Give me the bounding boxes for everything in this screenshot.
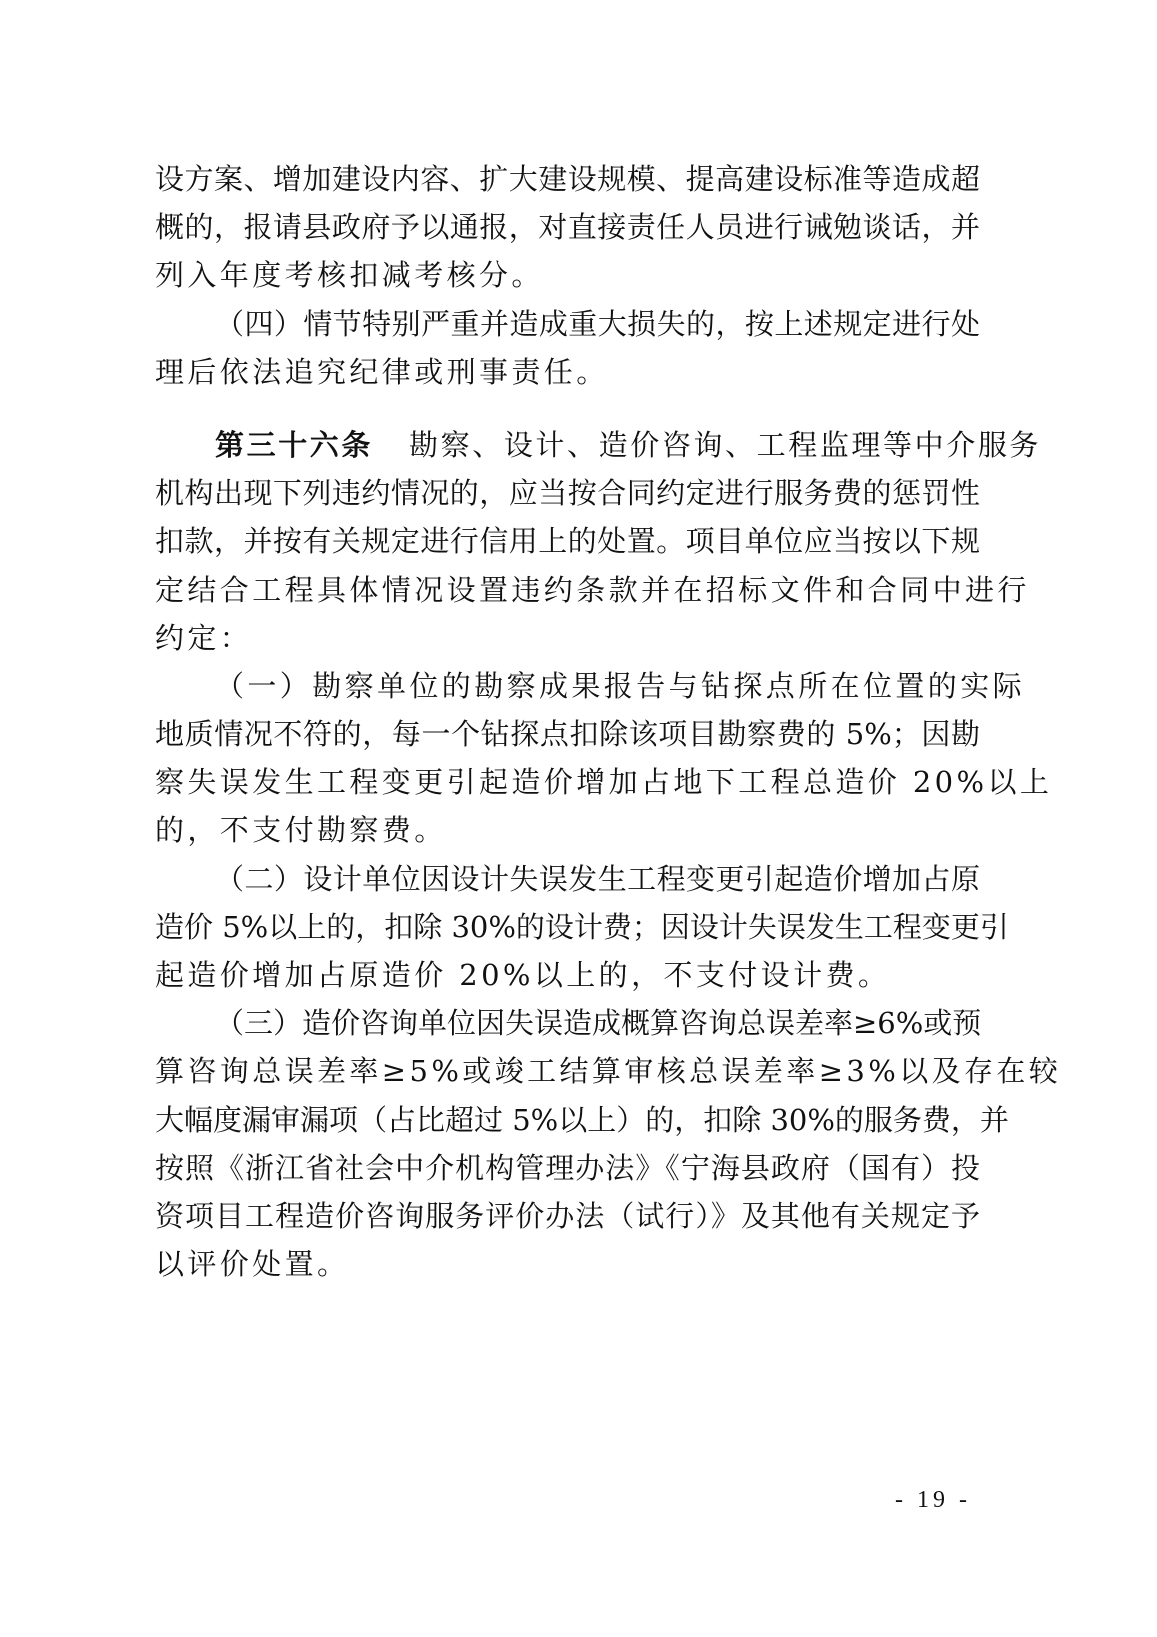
article-heading: 第三十六条 [215, 428, 373, 462]
text-line: 定结合工程具体情况设置违约条款并在招标文件和合同中进行 [155, 566, 980, 614]
text-line: 理后依法追究纪律或刑事责任。 [155, 348, 980, 396]
article-text: 勘察、设计、造价咨询、工程监理等中介服务 [409, 428, 1041, 462]
paragraph-item-4: （四）情节特别严重并造成重大损失的，按上述规定进行处 理后依法追究纪律或刑事责任… [155, 300, 980, 396]
paragraph-gap [155, 396, 980, 421]
text-line: 以评价处置。 [155, 1240, 980, 1288]
text-line: 列入年度考核扣减考核分。 [155, 251, 980, 299]
text-line: 按照《浙江省社会中介机构管理办法》《宁海县政府（国有）投 [155, 1144, 980, 1192]
paragraph-item-2: （二）设计单位因设计失误发生工程变更引起造价增加占原 造价 5%以上的，扣除 3… [155, 855, 980, 1000]
text-line: （二）设计单位因设计失误发生工程变更引起造价增加占原 [155, 855, 980, 903]
paragraph-item-1: （一）勘察单位的勘察成果报告与钻探点所在位置的实际 地质情况不符的，每一个钻探点… [155, 662, 980, 855]
document-page: 设方案、增加建设内容、扩大建设规模、提高建设标准等造成超 概的，报请县政府予以通… [155, 155, 980, 1288]
text-line: （四）情节特别严重并造成重大损失的，按上述规定进行处 [155, 300, 980, 348]
article-36: 第三十六条勘察、设计、造价咨询、工程监理等中介服务 机构出现下列违约情况的，应当… [155, 421, 980, 662]
text-line: 地质情况不符的，每一个钻探点扣除该项目勘察费的 5%；因勘 [155, 710, 980, 758]
text-line: 察失误发生工程变更引起造价增加占地下工程总造价 20%以上 [155, 758, 980, 806]
text-line: 大幅度漏审漏项（占比超过 5%以上）的，扣除 30%的服务费，并 [155, 1096, 980, 1144]
text-line: 资项目工程造价咨询服务评价办法（试行）》及其他有关规定予 [155, 1192, 980, 1240]
text-line: 设方案、增加建设内容、扩大建设规模、提高建设标准等造成超 [155, 155, 980, 203]
text-line: 扣款，并按有关规定进行信用上的处置。项目单位应当按以下规 [155, 517, 980, 565]
text-line: 第三十六条勘察、设计、造价咨询、工程监理等中介服务 [155, 421, 980, 469]
text-line: 造价 5%以上的，扣除 30%的设计费；因设计失误发生工程变更引 [155, 903, 980, 951]
paragraph-continuation: 设方案、增加建设内容、扩大建设规模、提高建设标准等造成超 概的，报请县政府予以通… [155, 155, 980, 300]
text-line: （一）勘察单位的勘察成果报告与钻探点所在位置的实际 [155, 662, 980, 710]
text-line: 约定： [155, 614, 980, 662]
text-line: 机构出现下列违约情况的，应当按合同约定进行服务费的惩罚性 [155, 469, 980, 517]
paragraph-item-3: （三）造价咨询单位因失误造成概算咨询总误差率≥6%或预 算咨询总误差率≥5%或竣… [155, 999, 980, 1288]
page-number: - 19 - [895, 1487, 971, 1514]
text-line: 概的，报请县政府予以通报，对直接责任人员进行诫勉谈话，并 [155, 203, 980, 251]
text-line: 的，不支付勘察费。 [155, 806, 980, 854]
text-line: 起造价增加占原造价 20%以上的，不支付设计费。 [155, 951, 980, 999]
text-line: （三）造价咨询单位因失误造成概算咨询总误差率≥6%或预 [155, 999, 980, 1047]
text-line: 算咨询总误差率≥5%或竣工结算审核总误差率≥3%以及存在较 [155, 1047, 980, 1095]
